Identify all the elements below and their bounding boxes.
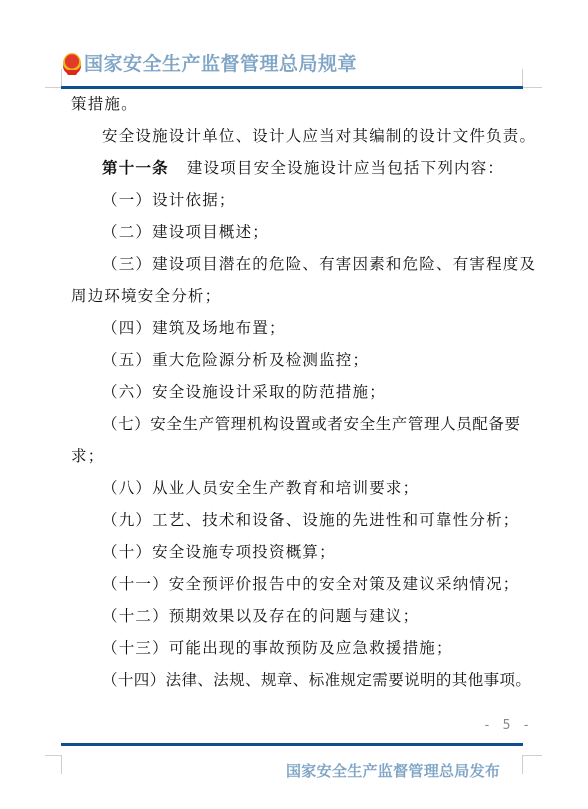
list-item: （十三）可能出现的事故预防及应急救援措施； (102, 638, 453, 658)
crop-mark-bottom-right-v (522, 755, 523, 774)
list-item: （一）设计依据； (102, 190, 236, 210)
crop-mark-bottom-left-v (61, 755, 62, 774)
list-item: （二）建设项目概述； (102, 222, 269, 242)
crop-mark-top-left (61, 69, 62, 87)
article-line: 第十一条建设项目安全设施设计应当包括下列内容： (102, 158, 504, 178)
list-item: （十）安全设施专项投资概算； (102, 542, 336, 562)
text-line: 安全设施设计单位、设计人应当对其编制的设计文件负责。 (102, 126, 536, 146)
list-item: （三）建设项目潜在的危险、有害因素和危险、有害程度及 (102, 254, 536, 274)
footer-publisher: 国家安全生产监督管理总局发布 (286, 760, 500, 781)
crop-mark-bottom-left-h (45, 755, 62, 756)
footer-blue-rule (61, 743, 523, 746)
crop-mark-bottom-right-h (523, 755, 542, 756)
header-title: 国家安全生产监督管理总局规章 (84, 52, 357, 76)
list-item: （五）重大危险源分析及检测监控； (102, 350, 369, 370)
national-emblem-icon (63, 53, 81, 74)
text-line: 策措施。 (71, 94, 138, 114)
list-item: （十一）安全预评价报告中的安全对策及建议采纳情况； (102, 574, 520, 594)
page-number: - 5 - (483, 718, 532, 733)
list-item: （四）建筑及场地布置； (102, 318, 286, 338)
list-item: （六）安全设施设计采取的防范措施； (102, 382, 386, 402)
header-blue-rule (61, 86, 523, 89)
list-item-continuation: 周边环境安全分析； (71, 286, 221, 306)
list-item: （七）安全生产管理机构设置或者安全生产管理人员配备要 (102, 414, 521, 434)
list-item: （八）从业人员安全生产教育和培训要求； (102, 478, 419, 498)
list-item: （九）工艺、技术和设备、设施的先进性和可靠性分析； (102, 510, 520, 530)
list-item: （十二）预期效果以及存在的问题与建议； (102, 606, 419, 626)
list-item: （十四）法律、法规、规章、标准规定需要说明的其他事项。 (102, 670, 531, 690)
article-text: 建设项目安全设施设计应当包括下列内容： (187, 159, 504, 177)
list-item-continuation: 求； (71, 446, 104, 466)
article-label: 第十一条 (102, 158, 169, 177)
crop-mark-top-right (522, 69, 523, 87)
